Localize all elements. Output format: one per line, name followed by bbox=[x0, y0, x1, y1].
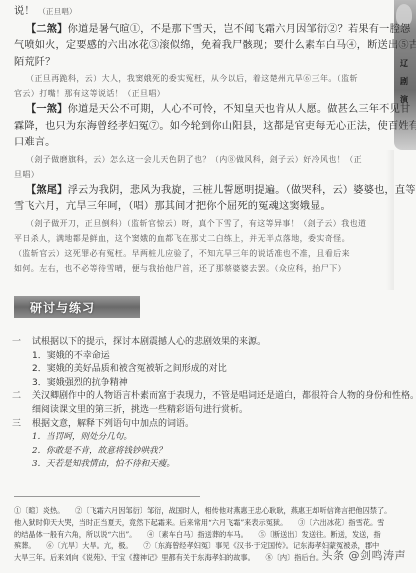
exercise-text: 根据文意，解释下列语句中加点的词语。 bbox=[32, 419, 194, 429]
aria-line: 雪飞六月，亢旱三年呵，（唱）那其间才把你个屈死的冤魂这窦娥显。 bbox=[14, 199, 374, 216]
script-body: 说！ （正旦唱） 【二煞】你道是暑气暄①，不是那下雪天，岂不闻飞霜六月因邹衍②？… bbox=[14, 4, 374, 276]
watermark: 头条 @剑鸣涛声 bbox=[322, 547, 407, 563]
exercise-item: 2．你敢是不肯，故意将钱钞哄我？ bbox=[12, 445, 402, 459]
exercise-item: 2．窦娥的美好品质和被含冤被斩之间形成的对比 bbox=[12, 363, 402, 377]
tune-name: 【煞尾】 bbox=[26, 184, 68, 196]
margin-tab-char: 剧 bbox=[400, 76, 408, 87]
document-page: 辽 剧 演 说！ （正旦唱） 【二煞】你道是暑气暄①，不是那下雪天，岂不闻飞霜六… bbox=[0, 0, 416, 573]
stage-direction: （刽子做开刀，正旦倒科）（监斩官惊云）呀，真个下雪了，有这等异事！（刽子云）我也… bbox=[14, 216, 374, 231]
exercise-text: 细阅读课文里的第三折，挑选一些精彩语句进行赏析。 bbox=[12, 404, 402, 418]
aria-line: 陌荒阡？ bbox=[14, 55, 374, 72]
tune-name: 【一煞】 bbox=[26, 103, 68, 115]
aria-line: 霖降，也只为东海曾经孝妇冤⑦。如今轮到你山阳县，这都是官吏每无心正法，使百姓有 bbox=[14, 119, 374, 136]
tune-name: 【二煞】 bbox=[26, 23, 68, 35]
speech-text: 说！ bbox=[14, 6, 35, 17]
exercise-text: 关汉卿剧作中的人物语言朴素而富于表现力，不管是唱词还是道白，都很符合人物的身份和… bbox=[32, 391, 416, 401]
stage-direction: 旦唱） bbox=[14, 167, 374, 182]
exercise-item: 1．窦娥的不幸命运 bbox=[12, 350, 402, 364]
aria-line: 气喷如火，定要感的六出冰花③滚似绵，免着我尸骸现；要什么素车白马④，断送出⑤古 bbox=[14, 38, 374, 55]
aria-line: 口难言。 bbox=[14, 135, 374, 152]
footnote-line: 的结晶体一般有六角，所以说“六出”。 ④〔素车白马〕指送葬的车马。 ⑤〔断送出〕… bbox=[14, 529, 394, 541]
section-banner: 研讨与练习 bbox=[14, 296, 140, 318]
exercise-number: 三 bbox=[12, 418, 32, 432]
stage-direction: （正旦再跪科，云）大人，我窦娥死的委实冤枉，从今以后，着这楚州亢旱⑥三年。（监斩 bbox=[14, 71, 374, 86]
script-line: 说！ （正旦唱） bbox=[14, 4, 374, 21]
exercise-item: 1．当罚呵，则处分几句。 bbox=[12, 431, 402, 445]
footnote-line: 他入狱时仰天大哭，当时正当夏天，竟然下起霜来。后来常用“六月飞霜”来表示冤狱。 … bbox=[14, 517, 394, 529]
margin-tab-char: 辽 bbox=[400, 58, 408, 69]
stage-direction: （监斩官云）这死罪必有冤枉。早两桩儿应验了，不知亢旱三年的说话准也不准，且看后来 bbox=[14, 246, 374, 261]
aria-line: 【二煞】你道是暑气暄①，不是那下雪天，岂不闻飞霜六月因邹衍②？若果有一腔怨 bbox=[14, 21, 374, 39]
exercise-prompt: 一试根据以下的提示，探讨本剧震撼人心的悲剧效果的来源。 bbox=[12, 336, 402, 350]
exercise-number: 二 bbox=[12, 390, 32, 404]
section-title: 研讨与练习 bbox=[30, 299, 95, 316]
stage-direction: 平日杀人，满地都是鲜血，这个窦娥的血都飞在那丈二白练上，并无半点落地，委实奇怪。 bbox=[14, 231, 374, 246]
aria-text: 你道是天公不可期，人心不可怜，不知皇天也肯从人愿。做甚么三年不见甘 bbox=[68, 104, 411, 115]
exercise-number: 一 bbox=[12, 336, 32, 350]
exercise-item: 3．窦娥强烈的抗争精神 bbox=[12, 377, 402, 391]
aria-line: 【一煞】你道是天公不可期，人心不可怜，不知皇天也肯从人愿。做甚么三年不见甘 bbox=[14, 101, 374, 119]
exercise-prompt: 三根据文意，解释下列语句中加点的词语。 bbox=[12, 418, 402, 432]
stage-direction: （正旦唱） bbox=[38, 7, 77, 16]
stage-direction: 如何。左右，也不必等待雪晴，便与我抬他尸首，还了那蔡婆婆去罢。（众应科，抬尸下） bbox=[14, 261, 374, 276]
aria-text: 浮云为我阴，悲风为我旋，三桩儿誓愿明提遍。（做哭科，云）婆婆也，直等待 bbox=[68, 185, 416, 196]
footnote-line: ①〔暄〕炎热。 ②〔飞霜六月因邹衍〕邹衍，战国时人，相传他对燕惠王忠心耿耿，燕惠… bbox=[14, 505, 394, 517]
footnote-divider bbox=[14, 496, 200, 497]
exercise-prompt: 二关汉卿剧作中的人物语言朴素而富于表现力，不管是唱词还是道白，都很符合人物的身份… bbox=[12, 390, 402, 404]
exercise-text: 试根据以下的提示，探讨本剧震撼人心的悲剧效果的来源。 bbox=[32, 337, 266, 347]
scan-shadow bbox=[386, 150, 394, 290]
aria-text: 你道是暑气暄①，不是那下雪天，岂不闻飞霜六月因邹衍②？若果有一腔怨 bbox=[68, 24, 411, 35]
stage-direction: （刽子做磨旗科，云）怎么这一会儿天色阴了也？（内⑧做风科，刽子云）好冷风也！（正 bbox=[14, 152, 374, 167]
exercise-list: 一试根据以下的提示，探讨本剧震撼人心的悲剧效果的来源。 1．窦娥的不幸命运 2．… bbox=[12, 336, 402, 472]
stage-direction: 官云）打嘴！那有这等说话！（正旦唱） bbox=[14, 86, 374, 101]
aria-line: 【煞尾】浮云为我阴，悲风为我旋，三桩儿誓愿明提遍。（做哭科，云）婆婆也，直等待 bbox=[14, 182, 374, 200]
exercise-item: 3．天若是知我情由，怕不待和天瘦。 bbox=[12, 458, 402, 472]
